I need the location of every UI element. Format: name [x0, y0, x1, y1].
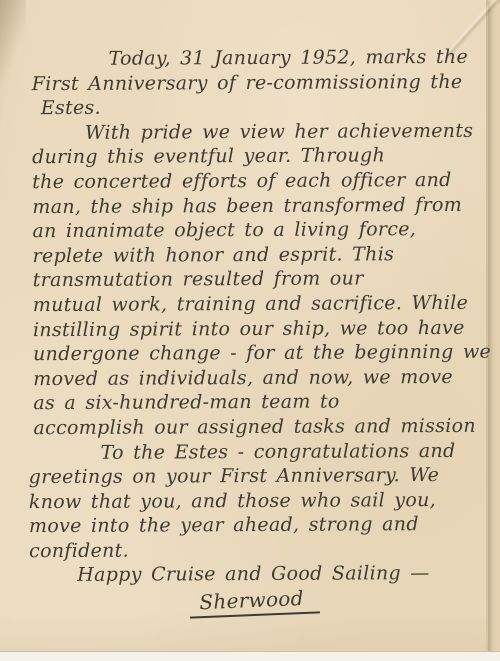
letter-line-6: the concerted efforts of each officer an… — [32, 168, 499, 195]
letter-line-1: Today, 31 January 1952, marks the — [109, 45, 499, 72]
letter-line-22: Happy Cruise and Good Sailing — — [77, 561, 500, 588]
letter-line-3: Estes. — [41, 94, 499, 121]
letter-line-18: greetings on your First Anniversary. We — [29, 463, 500, 490]
letter-body: Today, 31 January 1952, marks the First … — [0, 45, 500, 617]
letter-line-4: With pride we view her achievements — [85, 118, 499, 145]
letter-line-5: during this eventful year. Through — [32, 143, 499, 170]
letter-line-9: replete with honor and esprit. This — [33, 241, 500, 268]
letter-line-7: man, the ship has been transformed from — [32, 192, 499, 219]
letter-line-2: First Anniversary of re-commissioning th… — [32, 69, 499, 96]
scanned-letter-page: Today, 31 January 1952, marks the First … — [0, 0, 500, 661]
letter-line-17: To the Estes - congratulations and — [101, 438, 500, 465]
letter-line-12: instilling spirit into our ship, we too … — [33, 315, 500, 342]
letter-line-16: accomplish our assigned tasks and missio… — [33, 414, 500, 441]
letter-line-15: as a six-hundred-man team to — [33, 389, 500, 416]
signature-text: Sherwood — [189, 585, 320, 618]
paper-bottom-edge — [0, 651, 500, 661]
letter-line-11: mutual work, training and sacrifice. Whi… — [33, 291, 500, 318]
letter-line-19: know that you, and those who sail you, — [29, 487, 500, 514]
letter-line-8: an inanimate object to a living force, — [32, 217, 499, 244]
letter-line-20: move into the year ahead, strong and — [29, 512, 500, 539]
signature: Sherwood — [189, 587, 500, 616]
letter-line-10: transmutation resulted from our — [33, 266, 500, 293]
letter-line-21: confident. — [29, 537, 500, 564]
letter-line-14: moved as individuals, and now, we move — [33, 364, 500, 391]
letter-line-13: undergone change - for at the beginning … — [33, 340, 500, 367]
